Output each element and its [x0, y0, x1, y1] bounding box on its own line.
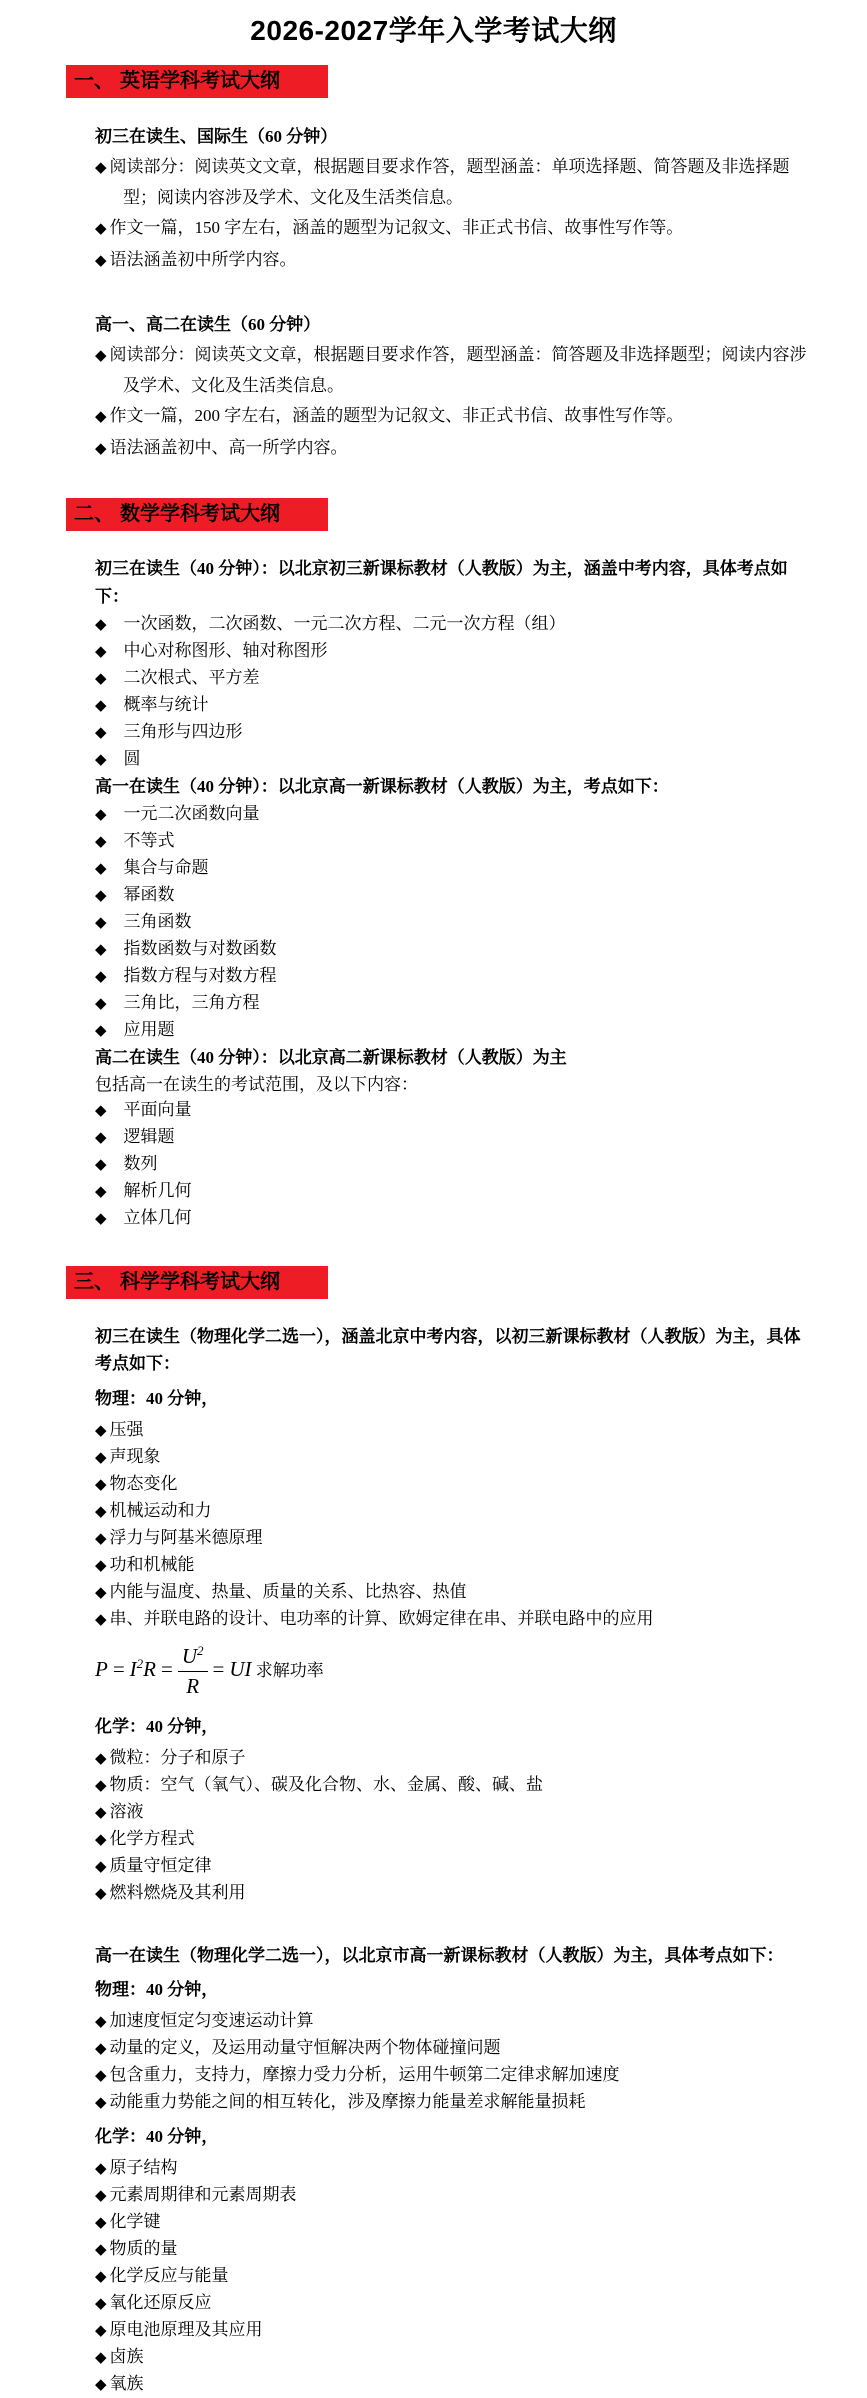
section-body: 初三在读生（40 分钟）：以北京初三新课标教材（人教版）为主，涵盖中考内容，具体… — [95, 555, 811, 1232]
bullet-diamond-icon: ◆ — [95, 698, 107, 714]
section-body: 初三在读生、国际生（60 分钟）◆阅读部分：阅读英文文章，根据题目要求作答，题型… — [95, 122, 811, 464]
bullet-diamond-icon: ◆ — [95, 2323, 107, 2339]
section-number: 一、 — [74, 69, 120, 93]
list-item-text: 数列 — [124, 1154, 158, 1173]
list-item-text: 微粒：分子和原子 — [110, 1748, 246, 1767]
list-item: ◆中心对称图形、轴对称图形 — [95, 638, 811, 665]
list-item: ◆集合与命题 — [95, 855, 811, 882]
list-item-text: 溶液 — [110, 1802, 144, 1821]
fraction: U2R — [178, 1643, 208, 1699]
bullet-diamond-icon: ◆ — [95, 1585, 107, 1601]
formula-token: = — [108, 1657, 130, 1681]
bullet-diamond-icon: ◆ — [95, 861, 107, 877]
list-item-text: 动量的定义，及运用动量守恒解决两个物体碰撞问题 — [110, 2038, 501, 2057]
list-item-text: 声现象 — [110, 1447, 161, 1466]
list-item: ◆内能与温度、热量、质量的关系、比热容、热值 — [95, 1579, 811, 1606]
list-item: ◆氧族 — [95, 2371, 811, 2398]
bullet-diamond-icon: ◆ — [95, 2215, 107, 2231]
list-item-text: 作文一篇，200 字左右，涵盖的题型为记叙文、非正式书信、故事性写作等。 — [110, 406, 684, 425]
list-item-text: 逻辑题 — [124, 1127, 175, 1146]
subheading: 高一在读生（40 分钟）：以北京高一新课标教材（人教版）为主，考点如下： — [95, 773, 811, 801]
formula-token: UI — [229, 1657, 251, 1681]
bullet-diamond-icon: ◆ — [95, 1832, 107, 1848]
list-item-text: 化学反应与能量 — [110, 2266, 229, 2285]
list-item: ◆逻辑题 — [95, 1124, 811, 1151]
list-item: ◆语法涵盖初中所学内容。 — [95, 245, 811, 276]
section-math: 二、数学学科考试大纲初三在读生（40 分钟）：以北京初三新课标教材（人教版）为主… — [0, 498, 867, 1232]
list-item: ◆压强 — [95, 1417, 811, 1444]
list-item-text: 物质：空气（氧气）、碳及化合物、水、金属、酸、碱、盐 — [110, 1775, 544, 1794]
subheading: 初三在读生（40 分钟）：以北京初三新课标教材（人教版）为主，涵盖中考内容，具体… — [95, 555, 811, 611]
list-item-text: 阅读部分：阅读英文文章，根据题目要求作答，题型涵盖：简答题及非选择题型；阅读内容… — [110, 345, 807, 395]
bullet-diamond-icon: ◆ — [95, 1023, 107, 1039]
list-item-text: 不等式 — [124, 831, 175, 850]
list-item: ◆机械运动和力 — [95, 1498, 811, 1525]
list-item-text: 中心对称图形、轴对称图形 — [124, 641, 328, 660]
bullet-diamond-icon: ◆ — [95, 1157, 107, 1173]
list-item-text: 圆 — [124, 749, 141, 768]
bullet-diamond-icon: ◆ — [95, 1778, 107, 1794]
list-item-text: 化学方程式 — [110, 1829, 195, 1848]
formula-token: I — [130, 1657, 137, 1681]
bullet-diamond-icon: ◆ — [95, 2068, 107, 2084]
list-item-text: 三角比，三角方程 — [124, 993, 260, 1012]
bullet-diamond-icon: ◆ — [95, 160, 107, 176]
section-science: 三、科学学科考试大纲初三在读生（物理化学二选一），涵盖北京中考内容，以初三新课标… — [0, 1266, 867, 2398]
bullet-diamond-icon: ◆ — [95, 1184, 107, 1200]
list-item: ◆包含重力，支持力，摩擦力受力分析，运用牛顿第二定律求解加速度 — [95, 2062, 811, 2089]
bullet-diamond-icon: ◆ — [95, 807, 107, 823]
bullet-diamond-icon: ◆ — [95, 2161, 107, 2177]
list-item-text: 包含重力，支持力，摩擦力受力分析，运用牛顿第二定律求解加速度 — [110, 2065, 620, 2084]
bullet-diamond-icon: ◆ — [95, 253, 107, 269]
bullet-diamond-icon: ◆ — [95, 942, 107, 958]
list-item-text: 语法涵盖初中、高一所学内容。 — [110, 438, 348, 457]
bullet-diamond-icon: ◆ — [95, 2296, 107, 2312]
bullet-diamond-icon: ◆ — [95, 1558, 107, 1574]
bullet-diamond-icon: ◆ — [95, 2269, 107, 2285]
list-item: ◆物态变化 — [95, 1471, 811, 1498]
list-item-text: 质量守恒定律 — [110, 1856, 212, 1875]
list-item: ◆阅读部分：阅读英文文章，根据题目要求作答，题型涵盖：简答题及非选择题型；阅读内… — [95, 340, 811, 400]
section-title: 数学学科考试大纲 — [120, 503, 280, 525]
list-item: ◆圆 — [95, 746, 811, 773]
list-item: ◆三角函数 — [95, 909, 811, 936]
list-item: ◆化学方程式 — [95, 1826, 811, 1853]
formula-token: R — [186, 1674, 199, 1698]
bullet-diamond-icon: ◆ — [95, 1886, 107, 1902]
list-item: ◆一次函数，二次函数、一元二次方程、二元一次方程（组） — [95, 611, 811, 638]
list-item-text: 机械运动和力 — [110, 1501, 212, 1520]
list-item: ◆一元二次函数向量 — [95, 801, 811, 828]
bullet-diamond-icon: ◆ — [95, 969, 107, 985]
list-item-text: 串、并联电路的设计、电功率的计算、欧姆定律在串、并联电路中的应用 — [110, 1609, 654, 1628]
list-item-text: 一次函数，二次函数、一元二次方程、二元一次方程（组） — [124, 614, 566, 633]
paragraph: 包括高一在读生的考试范围，及以下内容： — [95, 1072, 811, 1097]
bullet-diamond-icon: ◆ — [95, 348, 107, 364]
list-item-text: 语法涵盖初中所学内容。 — [110, 250, 297, 269]
bullet-diamond-icon: ◆ — [95, 671, 107, 687]
list-item-text: 燃料燃烧及其利用 — [110, 1883, 246, 1902]
section-english: 一、英语学科考试大纲初三在读生、国际生（60 分钟）◆阅读部分：阅读英文文章，根… — [0, 65, 867, 464]
formula-token: = — [156, 1657, 178, 1681]
formula-token: U — [182, 1644, 197, 1668]
list-item-text: 作文一篇，150 字左右，涵盖的题型为记叙文、非正式书信、故事性写作等。 — [110, 218, 684, 237]
page-title: 2026-2027学年入学考试大纲 — [0, 14, 867, 48]
list-item: ◆立体几何 — [95, 1205, 811, 1232]
list-item-text: 氧化还原反应 — [110, 2293, 212, 2312]
section-number: 三、 — [74, 1270, 120, 1294]
list-item: ◆声现象 — [95, 1444, 811, 1471]
list-item-text: 一元二次函数向量 — [124, 804, 260, 823]
bullet-diamond-icon: ◆ — [95, 1211, 107, 1227]
list-item: ◆概率与统计 — [95, 692, 811, 719]
subheading: 高一、高二在读生（60 分钟） — [95, 310, 811, 339]
bullet-diamond-icon: ◆ — [95, 1612, 107, 1628]
bullet-diamond-icon: ◆ — [95, 2188, 107, 2204]
section-title: 英语学科考试大纲 — [120, 70, 280, 92]
bullet-diamond-icon: ◆ — [95, 1805, 107, 1821]
list-item: ◆物质：空气（氧气）、碳及化合物、水、金属、酸、碱、盐 — [95, 1772, 811, 1799]
list-item: ◆数列 — [95, 1151, 811, 1178]
fraction-numerator: U2 — [178, 1643, 208, 1672]
list-item: ◆平面向量 — [95, 1097, 811, 1124]
formula-token: 2 — [197, 1643, 204, 1658]
bullet-diamond-icon: ◆ — [95, 834, 107, 850]
subheading: 物理：40 分钟， — [95, 1385, 811, 1412]
bullet-diamond-icon: ◆ — [95, 644, 107, 660]
bullet-diamond-icon: ◆ — [95, 915, 107, 931]
list-item-text: 原子结构 — [110, 2158, 178, 2177]
list-item-text: 原电池原理及其应用 — [110, 2320, 263, 2339]
section-heading-english: 一、英语学科考试大纲 — [66, 65, 328, 98]
list-item: ◆二次根式、平方差 — [95, 665, 811, 692]
list-item-text: 化学键 — [110, 2212, 161, 2231]
list-item: ◆功和机械能 — [95, 1552, 811, 1579]
section-heading-science: 三、科学学科考试大纲 — [66, 1266, 328, 1299]
formula-token: = — [208, 1657, 230, 1681]
list-item: ◆不等式 — [95, 828, 811, 855]
bullet-diamond-icon: ◆ — [95, 2041, 107, 2057]
list-item: ◆作文一篇，150 字左右，涵盖的题型为记叙文、非正式书信、故事性写作等。 — [95, 213, 811, 244]
formula-token: P — [95, 1657, 108, 1681]
list-item: ◆微粒：分子和原子 — [95, 1745, 811, 1772]
list-item: ◆元素周期律和元素周期表 — [95, 2182, 811, 2209]
spacer — [95, 1907, 811, 1935]
bullet-diamond-icon: ◆ — [95, 2350, 107, 2366]
list-item: ◆氧化还原反应 — [95, 2290, 811, 2317]
list-item: ◆化学反应与能量 — [95, 2263, 811, 2290]
fraction-denominator: R — [178, 1672, 208, 1699]
list-item: ◆三角形与四边形 — [95, 719, 811, 746]
bullet-diamond-icon: ◆ — [95, 2242, 107, 2258]
list-item-text: 阅读部分：阅读英文文章，根据题目要求作答，题型涵盖：单项选择题、简答题及非选择题… — [110, 157, 790, 207]
bullet-diamond-icon: ◆ — [95, 2377, 107, 2393]
bullet-diamond-icon: ◆ — [95, 996, 107, 1012]
formula-token: 求解功率 — [252, 1661, 324, 1680]
subheading: 化学：40 分钟， — [95, 2123, 811, 2150]
subheading: 初三在读生（物理化学二选一），涵盖北京中考内容，以初三新课标教材（人教版）为主，… — [95, 1323, 811, 1377]
bullet-diamond-icon: ◆ — [95, 1130, 107, 1146]
list-item: ◆指数函数与对数函数 — [95, 936, 811, 963]
section-heading-math: 二、数学学科考试大纲 — [66, 498, 328, 531]
bullet-diamond-icon: ◆ — [95, 1859, 107, 1875]
bullet-diamond-icon: ◆ — [95, 441, 107, 457]
list-item-text: 概率与统计 — [124, 695, 209, 714]
list-item-text: 集合与命题 — [124, 858, 209, 877]
list-item: ◆解析几何 — [95, 1178, 811, 1205]
list-item: ◆作文一篇，200 字左右，涵盖的题型为记叙文、非正式书信、故事性写作等。 — [95, 401, 811, 432]
bullet-diamond-icon: ◆ — [95, 1504, 107, 1520]
list-item: ◆串、并联电路的设计、电功率的计算、欧姆定律在串、并联电路中的应用 — [95, 1606, 811, 1633]
list-item-text: 二次根式、平方差 — [124, 668, 260, 687]
bullet-diamond-icon: ◆ — [95, 725, 107, 741]
list-item: ◆动量的定义，及运用动量守恒解决两个物体碰撞问题 — [95, 2035, 811, 2062]
list-item-text: 应用题 — [124, 1020, 175, 1039]
list-item-text: 动能重力势能之间的相互转化，涉及摩擦力能量差求解能量损耗 — [110, 2092, 586, 2111]
document-page: 2026-2027学年入学考试大纲 一、英语学科考试大纲初三在读生、国际生（60… — [0, 0, 867, 2398]
list-item-text: 物态变化 — [110, 1474, 178, 1493]
subheading: 高二在读生（40 分钟）：以北京高二新课标教材（人教版）为主 — [95, 1044, 811, 1072]
section-title: 科学学科考试大纲 — [120, 1271, 280, 1293]
bullet-diamond-icon: ◆ — [95, 888, 107, 904]
bullet-diamond-icon: ◆ — [95, 1423, 107, 1439]
power-formula: P=I2R=U2R=UI 求解功率 — [95, 1643, 811, 1699]
list-item: ◆阅读部分：阅读英文文章，根据题目要求作答，题型涵盖：单项选择题、简答题及非选择… — [95, 152, 811, 212]
list-item: ◆加速度恒定匀变速运动计算 — [95, 2008, 811, 2035]
document-sections: 一、英语学科考试大纲初三在读生、国际生（60 分钟）◆阅读部分：阅读英文文章，根… — [0, 65, 867, 2398]
list-item: ◆原电池原理及其应用 — [95, 2317, 811, 2344]
bullet-diamond-icon: ◆ — [95, 1531, 107, 1547]
list-item: ◆语法涵盖初中、高一所学内容。 — [95, 433, 811, 464]
subheading: 高一在读生（物理化学二选一），以北京市高一新课标教材（人教版）为主，具体考点如下… — [95, 1942, 811, 1969]
bullet-diamond-icon: ◆ — [95, 221, 107, 237]
list-item-text: 卤族 — [110, 2347, 144, 2366]
list-item: ◆动能重力势能之间的相互转化，涉及摩擦力能量差求解能量损耗 — [95, 2089, 811, 2116]
bullet-diamond-icon: ◆ — [95, 1103, 107, 1119]
formula-token: R — [143, 1657, 156, 1681]
bullet-diamond-icon: ◆ — [95, 2095, 107, 2111]
list-item: ◆幂函数 — [95, 882, 811, 909]
section-number: 二、 — [74, 502, 120, 526]
list-item: ◆浮力与阿基米德原理 — [95, 1525, 811, 1552]
list-item-text: 内能与温度、热量、质量的关系、比热容、热值 — [110, 1582, 467, 1601]
list-item: ◆质量守恒定律 — [95, 1853, 811, 1880]
spacer — [95, 276, 811, 310]
list-item-text: 氧族 — [110, 2374, 144, 2393]
list-item: ◆三角比，三角方程 — [95, 990, 811, 1017]
list-item-text: 平面向量 — [124, 1100, 192, 1119]
list-item-text: 浮力与阿基米德原理 — [110, 1528, 263, 1547]
list-item-text: 物质的量 — [110, 2239, 178, 2258]
list-item-text: 功和机械能 — [110, 1555, 195, 1574]
list-item-text: 指数函数与对数函数 — [124, 939, 277, 958]
bullet-diamond-icon: ◆ — [95, 1477, 107, 1493]
list-item-text: 幂函数 — [124, 885, 175, 904]
list-item: ◆指数方程与对数方程 — [95, 963, 811, 990]
list-item: ◆卤族 — [95, 2344, 811, 2371]
list-item: ◆溶液 — [95, 1799, 811, 1826]
subheading: 化学：40 分钟， — [95, 1713, 811, 1740]
bullet-diamond-icon: ◆ — [95, 2014, 107, 2030]
list-item-text: 三角形与四边形 — [124, 722, 243, 741]
list-item-text: 三角函数 — [124, 912, 192, 931]
list-item-text: 加速度恒定匀变速运动计算 — [110, 2011, 314, 2030]
list-item: ◆原子结构 — [95, 2155, 811, 2182]
list-item-text: 压强 — [110, 1420, 144, 1439]
list-item-text: 解析几何 — [124, 1181, 192, 1200]
bullet-diamond-icon: ◆ — [95, 409, 107, 425]
bullet-diamond-icon: ◆ — [95, 1450, 107, 1466]
list-item: ◆化学键 — [95, 2209, 811, 2236]
bullet-diamond-icon: ◆ — [95, 752, 107, 768]
list-item: ◆应用题 — [95, 1017, 811, 1044]
subheading: 初三在读生、国际生（60 分钟） — [95, 122, 811, 151]
list-item-text: 指数方程与对数方程 — [124, 966, 277, 985]
section-body: 初三在读生（物理化学二选一），涵盖北京中考内容，以初三新课标教材（人教版）为主，… — [95, 1323, 811, 2398]
list-item-text: 立体几何 — [124, 1208, 192, 1227]
bullet-diamond-icon: ◆ — [95, 1751, 107, 1767]
bullet-diamond-icon: ◆ — [95, 617, 107, 633]
list-item-text: 元素周期律和元素周期表 — [110, 2185, 297, 2204]
list-item: ◆物质的量 — [95, 2236, 811, 2263]
list-item: ◆燃料燃烧及其利用 — [95, 1880, 811, 1907]
subheading: 物理：40 分钟， — [95, 1976, 811, 2003]
